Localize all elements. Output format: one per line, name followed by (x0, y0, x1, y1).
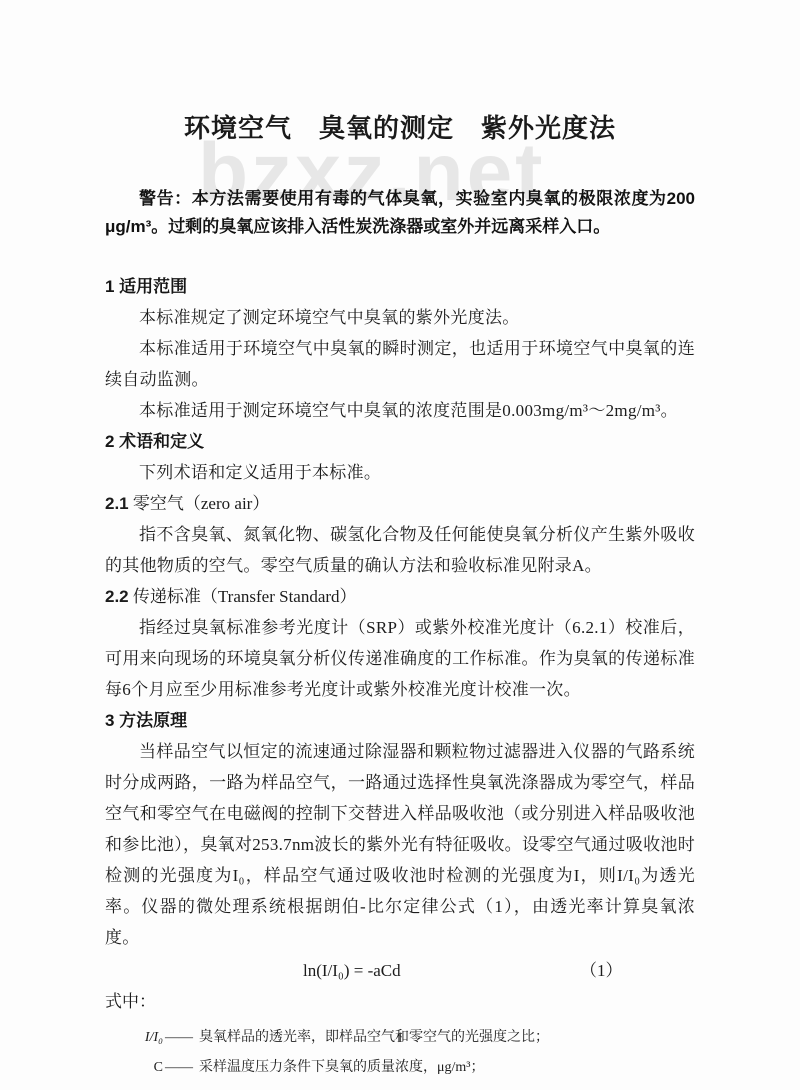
section-2-1-title: 零空气（zero air） (133, 494, 269, 513)
formula-expression: ln(I/I₀) = -aCd (303, 961, 401, 980)
section-2-intro: 下列术语和定义适用于本标准。 (105, 457, 695, 488)
section-1-paragraph-1: 本标准规定了测定环境空气中臭氧的紫外光度法。 (105, 302, 695, 333)
section-2-2-title: 传递标准（Transfer Standard） (133, 587, 357, 606)
document-page: bzxz.net 环境空气 臭氧的测定 紫外光度法 警告：本方法需要使用有毒的气… (0, 0, 800, 1090)
section-1-paragraph-2: 本标准适用于环境空气中臭氧的瞬时测定，也适用于环境空气中臭氧的连续自动监测。 (105, 333, 695, 395)
definition-row-concentration: C —— 采样温度压力条件下臭氧的质量浓度，μg/m³； (105, 1053, 695, 1083)
section-2-1-number: 2.1 (105, 494, 129, 513)
page-number: 1 (0, 1030, 800, 1047)
section-3-body: 当样品空气以恒定的流速通过除湿器和颗粒物过滤器进入仪器的气路系统时分成两路，一路… (105, 736, 695, 953)
document-content: 环境空气 臭氧的测定 紫外光度法 警告：本方法需要使用有毒的气体臭氧，实验室内臭… (105, 0, 695, 1083)
definition-dash: —— (163, 1053, 199, 1083)
section-2-2-number: 2.2 (105, 587, 129, 606)
section-2-2-heading: 2.2 传递标准（Transfer Standard） (105, 581, 695, 612)
section-1-paragraph-3: 本标准适用于测定环境空气中臭氧的浓度范围是0.003mg/m³～2mg/m³。 (105, 395, 695, 426)
section-1-heading: 1 适用范围 (105, 271, 695, 302)
section-2-heading: 2 术语和定义 (105, 426, 695, 457)
definition-symbol: C (105, 1053, 163, 1083)
definition-text: 采样温度压力条件下臭氧的质量浓度，μg/m³； (199, 1053, 695, 1083)
section-3-heading: 3 方法原理 (105, 705, 695, 736)
section-2-2-body: 指经过臭氧标准参考光度计（SRP）或紫外校准光度计（6.2.1）校准后，可用来向… (105, 612, 695, 705)
section-2-1-heading: 2.1 零空气（zero air） (105, 488, 695, 519)
section-2-1-body: 指不含臭氧、氮氧化物、碳氢化合物及任何能使臭氧分析仪产生紫外吸收的其他物质的空气… (105, 519, 695, 581)
where-label: 式中： (105, 986, 695, 1017)
formula-row: ln(I/I₀) = -aCd （1） (105, 955, 695, 986)
warning-paragraph: 警告：本方法需要使用有毒的气体臭氧，实验室内臭氧的极限浓度为200 μg/m³。… (105, 185, 695, 241)
formula-number: （1） (580, 955, 623, 986)
document-title: 环境空气 臭氧的测定 紫外光度法 (105, 108, 695, 145)
